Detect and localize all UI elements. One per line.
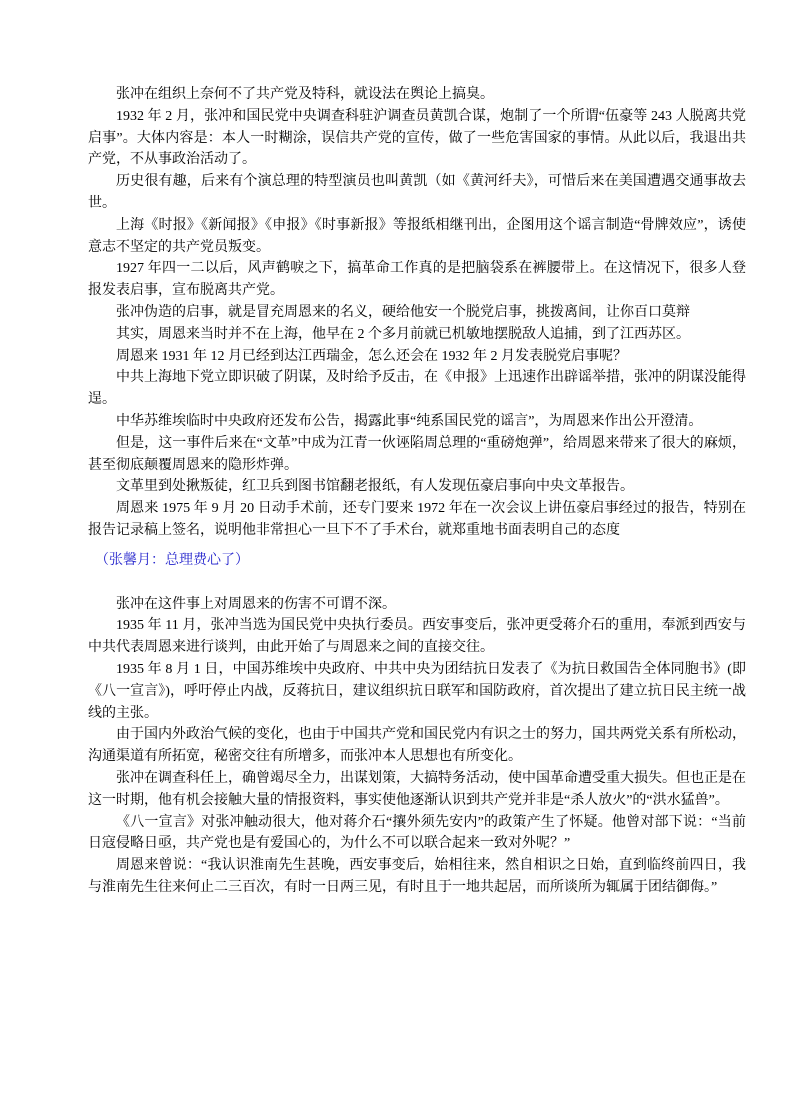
paragraph: 1927 年四一二以后，风声鹤唳之下，搞革命工作真的是把脑袋系在裤腰带上。在这情… <box>88 258 746 302</box>
paragraph: 1935 年 11 月，张冲当选为国民党中央执行委员。西安事变后，张冲更受蒋介石… <box>88 615 746 659</box>
paragraph: 周恩来 1975 年 9 月 20 日动手术前，还专门要来 1972 年在一次会… <box>88 498 746 542</box>
paragraph: 《八一宣言》对张冲触动很大，他对蒋介石“攘外须先安内”的政策产生了怀疑。他曾对部… <box>88 812 746 856</box>
paragraph: 周恩来 1931 年 12 月已经到达江西瑞金，怎么还会在 1932 年 2 月… <box>88 346 746 368</box>
document-page: 张冲在组织上奈何不了共产党及特科，就设法在舆论上搞臭。 1932 年 2 月，张… <box>0 0 800 1100</box>
paragraph: 上海《时报》《新闻报》《申报》《时事新报》等报纸相继刊出，企图用这个谣言制造“骨… <box>88 215 746 259</box>
paragraph: 文革里到处揪叛徒，红卫兵到图书馆翻老报纸，有人发现伍豪启事向中央文革报告。 <box>88 476 746 498</box>
paragraph: 张冲在这件事上对周恩来的伤害不可谓不深。 <box>88 594 746 616</box>
paragraph: 中华苏维埃临时中央政府还发布公告，揭露此事“纯系国民党的谣言”，为周恩来作出公开… <box>88 411 746 433</box>
paragraph: 张冲伪造的启事，就是冒充周恩来的名义，硬给他安一个脱党启事，挑拨离间，让你百口莫… <box>88 302 746 324</box>
paragraph: 其实，周恩来当时并不在上海，他早在 2 个多月前就已机敏地摆脱敌人追捕，到了江西… <box>88 324 746 346</box>
photo-caption-link[interactable]: （张馨月：总理费心了） <box>88 550 746 572</box>
paragraph: 张冲在调查科任上，确曾竭尽全力，出谋划策，大搞特务活动，使中国革命遭受重大损失。… <box>88 768 746 812</box>
paragraph: 周恩来曾说：“我认识淮南先生甚晚，西安事变后，始相往来，然自相识之日始，直到临终… <box>88 855 746 899</box>
paragraph: 1932 年 2 月，张冲和国民党中央调查科驻沪调查员黄凯合谋，炮制了一个所谓“… <box>88 106 746 171</box>
paragraph: 历史很有趣，后来有个演总理的特型演员也叫黄凯（如《黄河纤夫》，可惜后来在美国遭遇… <box>88 171 746 215</box>
paragraph: 由于国内外政治气候的变化，也由于中国共产党和国民党内有识之士的努力，国共两党关系… <box>88 724 746 768</box>
paragraph: 中共上海地下党立即识破了阴谋，及时给予反击，在《申报》上迅速作出辟谣举措，张冲的… <box>88 367 746 411</box>
paragraph: 张冲在组织上奈何不了共产党及特科，就设法在舆论上搞臭。 <box>88 84 746 106</box>
paragraph: 1935 年 8 月 1 日，中国苏维埃中央政府、中共中央为团结抗日发表了《为抗… <box>88 659 746 724</box>
paragraph: 但是，这一事件后来在“文革”中成为江青一伙诬陷周总理的“重磅炮弹”，给周恩来带来… <box>88 433 746 477</box>
